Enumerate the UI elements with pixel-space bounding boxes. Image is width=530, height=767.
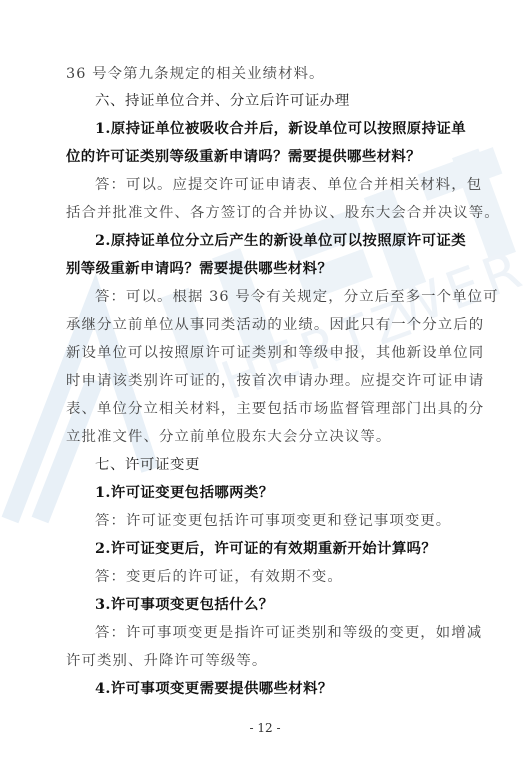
answer-text-line: 许可类别、升降许可等级等。 (66, 651, 466, 671)
answer-text-line: 时申请该类别许可证的，按首次申请办理。应提交许可证申请 (66, 371, 466, 391)
answer-text-line: 括合并批准文件、各方签订的合并协议、股东大会合并决议等。 (66, 203, 466, 223)
answer-text-line: 答：可以。应提交许可证申请表、单位合并相关材料，包 (95, 175, 466, 195)
section-heading-7: 七、许可证变更 (95, 455, 466, 475)
question-heading: 1.许可证变更包括哪两类？ (95, 483, 466, 503)
question-heading: 2.许可证变更后，许可证的有效期重新开始计算吗？ (95, 539, 466, 559)
answer-text-line: 答：可以。根据 36 号令有关规定，分立后至多一个单位可 (95, 287, 466, 307)
answer-text-line: 答：许可事项变更是指许可证类别和等级的变更，如增减 (95, 623, 466, 643)
answer-text-line: 表、单位分立相关材料，主要包括市场监督管理部门出具的分 (66, 399, 466, 419)
answer-text-line: 立批准文件、分立前单位股东大会分立决议等。 (66, 427, 466, 447)
document-page: 36 号令第九条规定的相关业绩材料。 六、持证单位合并、分立后许可证办理 1.原… (0, 0, 530, 767)
question-heading: 位的许可证类别等级重新申请吗？需要提供哪些材料？ (66, 147, 466, 167)
answer-text-line: 答：变更后的许可证，有效期不变。 (95, 567, 466, 587)
section-heading-6: 六、持证单位合并、分立后许可证办理 (95, 91, 466, 111)
question-heading: 2.原持证单位分立后产生的新设单位可以按照原许可证类 (95, 231, 466, 251)
page-number: - 12 - (0, 721, 530, 735)
question-heading: 4.许可事项变更需要提供哪些材料？ (95, 679, 466, 699)
question-heading: 别等级重新申请吗？需要提供哪些材料？ (66, 259, 466, 279)
answer-text-line: 新设单位可以按照原许可证类别和等级申报，其他新设单位同 (66, 343, 466, 363)
answer-text-line: 答：许可证变更包括许可事项变更和登记事项变更。 (95, 511, 466, 531)
question-heading: 1.原持证单位被吸收合并后，新设单位可以按照原持证单 (95, 119, 466, 139)
question-heading: 3.许可事项变更包括什么？ (95, 595, 466, 615)
answer-text-line: 承继分立前单位从事同类活动的业绩。因此只有一个分立后的 (66, 315, 466, 335)
body-text-line: 36 号令第九条规定的相关业绩材料。 (66, 64, 466, 84)
